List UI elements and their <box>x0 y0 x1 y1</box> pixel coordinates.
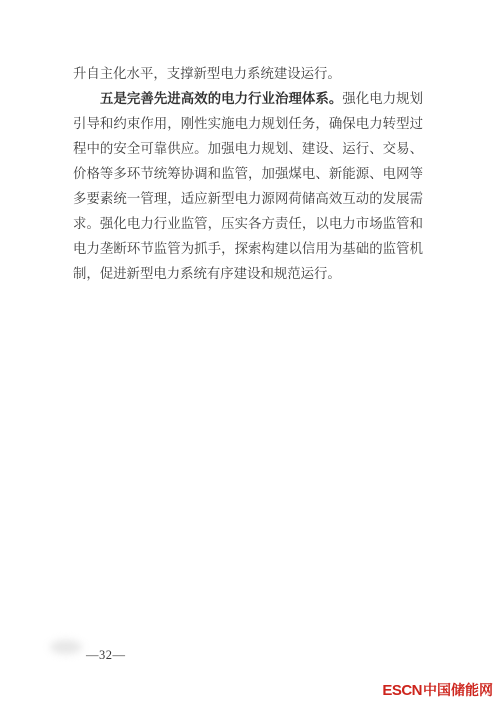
text-line: 电力垄断环节监管为抓手，探索构建以信用为基础的监管机 <box>73 236 423 261</box>
text-line: 升自主化水平，支撑新型电力系统建设运行。 <box>73 61 423 86</box>
text-line: 价格等多环节统筹协调和监管，加强煤电、新能源、电网等 <box>73 161 423 186</box>
text-line: 程中的安全可靠供应。加强电力规划、建设、运行、交易、 <box>73 136 423 161</box>
scan-artifact <box>50 640 82 654</box>
text-line: 求。强化电力行业监管，压实各方责任，以电力市场监管和 <box>73 211 423 236</box>
text-line: 引导和约束作用，刚性实施电力规划任务，确保电力转型过 <box>73 111 423 136</box>
body-text: 升自主化水平，支撑新型电力系统建设运行。五是完善先进高效的电力行业治理体系。强化… <box>73 61 423 286</box>
document-page: 升自主化水平，支撑新型电力系统建设运行。五是完善先进高效的电力行业治理体系。强化… <box>0 0 500 706</box>
text-line: 制，促进新型电力系统有序建设和规范运行。 <box>73 261 423 286</box>
escn-logo: ESCN中国储能网 <box>382 681 493 700</box>
logo-latin-text: ESCN <box>382 682 422 699</box>
text-line: 五是完善先进高效的电力行业治理体系。强化电力规划 <box>73 86 423 111</box>
text-line: 多要素统一管理，适应新型电力源网荷储高效互动的发展需 <box>73 186 423 211</box>
page-number: —32— <box>86 648 126 663</box>
paragraph-lead-bold: 五是完善先进高效的电力行业治理体系。 <box>100 91 342 106</box>
logo-chinese-text: 中国储能网 <box>423 682 493 698</box>
